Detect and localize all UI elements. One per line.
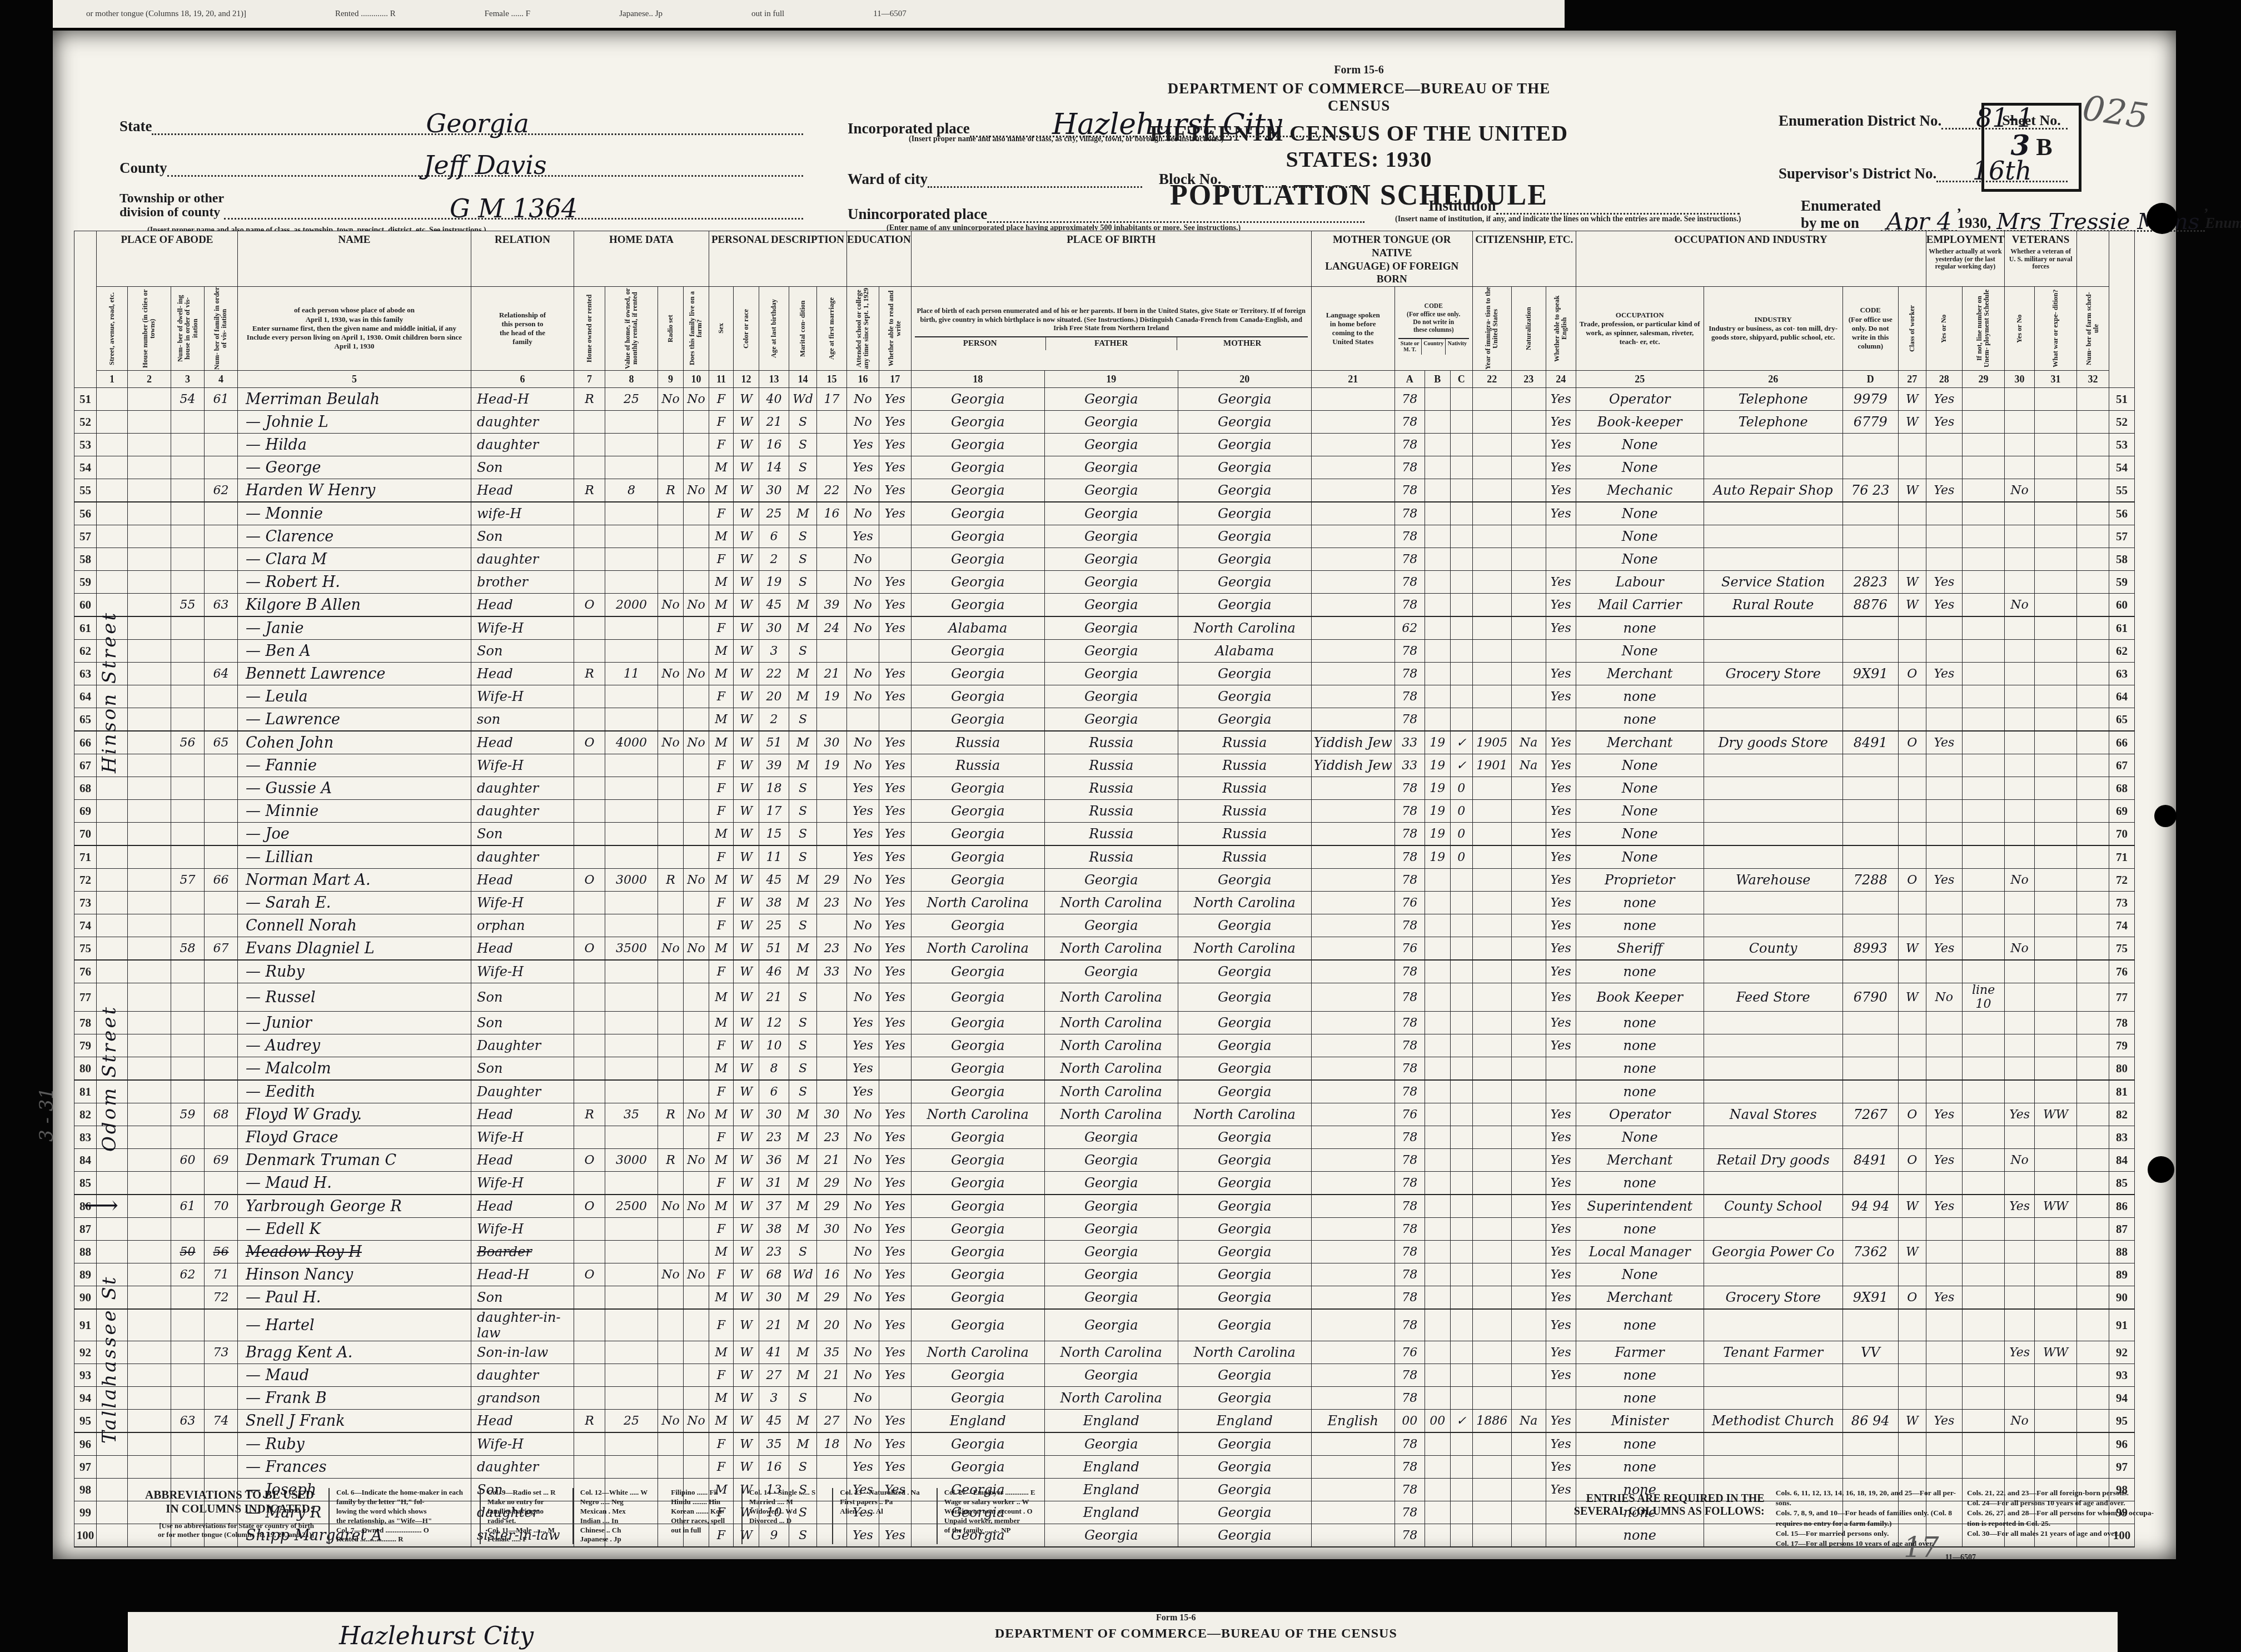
cell-ca: 78 — [1395, 411, 1425, 434]
cell-nm: — George — [238, 456, 471, 479]
column-description-war: What war or expe- dition? — [2035, 287, 2077, 371]
cell-cb — [1425, 869, 1450, 892]
line-number: 65 — [2109, 708, 2135, 732]
cell-bm: England — [1178, 1410, 1311, 1433]
cell-dw — [171, 823, 205, 846]
cell-im — [1472, 548, 1511, 571]
cell-rad — [658, 1456, 684, 1479]
cell-rw: Yes — [879, 800, 911, 823]
cell-frm — [684, 777, 709, 800]
previous-sheet-fragment: 11—6507 — [873, 9, 906, 19]
cell-rad — [658, 914, 684, 937]
cell-un — [1962, 892, 2004, 914]
cell-fs — [2077, 479, 2109, 502]
cell-cb — [1425, 1126, 1450, 1149]
cell-cod — [1842, 1263, 1898, 1286]
cell-ag: 45 — [759, 1410, 789, 1433]
cell-nt — [1511, 1309, 1546, 1341]
cell-im — [1472, 1149, 1511, 1172]
cell-hn — [128, 502, 171, 525]
state-field: State Georgia — [119, 114, 803, 135]
cell-frm — [684, 640, 709, 663]
column-group-header: EDUCATION — [847, 231, 912, 287]
table-row: 515461Merriman BeulahHead-HR25NoNoFW40Wd… — [74, 388, 2135, 411]
cell-bm: North Carolina — [1178, 1103, 1311, 1126]
cell-val — [605, 640, 658, 663]
cell-am: 23 — [817, 892, 847, 914]
cell-vet — [2005, 685, 2035, 708]
cell-rad — [658, 434, 684, 456]
cell-own — [574, 1286, 605, 1310]
cell-un: line 10 — [1962, 983, 2004, 1012]
township-label: Township or other division of county — [119, 192, 224, 220]
cell-dw — [171, 1080, 205, 1103]
cell-cl — [1898, 892, 1926, 914]
cell-lg — [1311, 1432, 1395, 1456]
cell-own — [574, 456, 605, 479]
cell-en: Yes — [1546, 1034, 1576, 1057]
line-number: 95 — [2109, 1410, 2135, 1433]
cell-rel: Son — [471, 1286, 574, 1310]
cell-nt: Na — [1511, 1410, 1546, 1433]
column-number: 2 — [128, 371, 171, 388]
cell-hn — [128, 479, 171, 502]
cell-ms: M — [789, 685, 817, 708]
cell-emp — [1926, 845, 1962, 869]
cell-en: Yes — [1546, 1103, 1576, 1126]
cell-rel: Head — [471, 663, 574, 685]
cell-frm — [684, 434, 709, 456]
cell-cl — [1898, 1080, 1926, 1103]
cell-sx: M — [709, 823, 734, 846]
cell-sc: Yes — [847, 456, 879, 479]
column-number: 28 — [1926, 371, 1962, 388]
cell-cr: W — [734, 1080, 759, 1103]
cell-sx: F — [709, 502, 734, 525]
cell-lg — [1311, 1034, 1395, 1057]
cell-fm — [205, 1057, 238, 1081]
cell-sc: No — [847, 1241, 879, 1263]
cell-en — [1546, 1387, 1576, 1410]
cell-war — [2035, 892, 2077, 914]
cell-rad — [658, 685, 684, 708]
column-group-header: PLACE OF ABODE — [97, 231, 238, 287]
cell-nt: Na — [1511, 754, 1546, 777]
table-row: 65— LawrencesonMW2SGeorgiaGeorgiaGeorgia… — [74, 708, 2135, 732]
cell-bm: North Carolina — [1178, 1341, 1311, 1364]
cell-dw — [171, 1012, 205, 1034]
cell-oc: Operator — [1576, 1103, 1704, 1126]
cell-im — [1472, 525, 1511, 548]
cell-rel: Son-in-law — [471, 1341, 574, 1364]
cell-am — [817, 434, 847, 456]
cell-own: O — [574, 1149, 605, 1172]
cell-ind — [1704, 914, 1842, 937]
cell-war — [2035, 1364, 2077, 1387]
footer-abbreviations: ABBREVIATIONS TO BE USED IN COLUMNS INDI… — [75, 1488, 2154, 1549]
cell-dw — [171, 845, 205, 869]
cell-fs — [2077, 892, 2109, 914]
cell-fm — [205, 1456, 238, 1479]
cell-ca: 78 — [1395, 663, 1425, 685]
cell-emp: Yes — [1926, 1195, 1962, 1218]
cell-nt — [1511, 502, 1546, 525]
abbreviation-column: Col. 12—White ..... W Negro ..... Neg Me… — [572, 1488, 648, 1544]
cell-sc: No — [847, 1103, 879, 1126]
table-row: 68— Gussie AdaughterFW18SYesYesGeorgiaRu… — [74, 777, 2135, 800]
cell-ca: 78 — [1395, 594, 1425, 617]
cell-own: O — [574, 594, 605, 617]
cell-war — [2035, 869, 2077, 892]
cell-fm — [205, 708, 238, 732]
line-number: 79 — [74, 1034, 97, 1057]
cell-ind — [1704, 823, 1842, 846]
cell-nm: Bragg Kent A. — [238, 1341, 471, 1364]
cell-ag: 6 — [759, 525, 789, 548]
cell-cr: W — [734, 1387, 759, 1410]
cell-dw — [171, 663, 205, 685]
cell-cb — [1425, 1286, 1450, 1310]
cell-cb — [1425, 479, 1450, 502]
cell-bf: Georgia — [1044, 708, 1178, 732]
cell-en: Yes — [1546, 1012, 1576, 1034]
cell-val — [605, 892, 658, 914]
cell-frm — [684, 548, 709, 571]
cell-fs — [2077, 411, 2109, 434]
line-number-column-header — [74, 231, 97, 388]
cell-cb — [1425, 1103, 1450, 1126]
cell-bp: Georgia — [911, 1364, 1044, 1387]
cell-bp: Georgia — [911, 1195, 1044, 1218]
cell-sc: No — [847, 1432, 879, 1456]
cell-ca: 78 — [1395, 1080, 1425, 1103]
cell-nm: Merriman Beulah — [238, 388, 471, 411]
line-number: 92 — [74, 1341, 97, 1364]
cell-ca: 78 — [1395, 869, 1425, 892]
cell-cc: ✓ — [1450, 1410, 1472, 1433]
cell-cb — [1425, 434, 1450, 456]
cell-bm: Georgia — [1178, 960, 1311, 983]
cell-emp — [1926, 1057, 1962, 1081]
cell-bp: Georgia — [911, 869, 1044, 892]
cell-lg — [1311, 456, 1395, 479]
cell-am: 18 — [817, 1432, 847, 1456]
cell-rad — [658, 1172, 684, 1195]
column-group-header: HOME DATA — [574, 231, 709, 287]
cell-ca: 78 — [1395, 571, 1425, 594]
corner-pencil-number: 025 — [2080, 87, 2150, 137]
line-number: 95 — [74, 1410, 97, 1433]
cell-cod: 7267 — [1842, 1103, 1898, 1126]
cell-oc: none — [1576, 1309, 1704, 1341]
cell-rw: Yes — [879, 1218, 911, 1241]
cell-bp: Georgia — [911, 1218, 1044, 1241]
cell-ms: M — [789, 1309, 817, 1341]
cell-cl: W — [1898, 571, 1926, 594]
cell-vet — [2005, 434, 2035, 456]
cell-bp: Georgia — [911, 777, 1044, 800]
cell-fs — [2077, 731, 2109, 754]
line-number: 52 — [74, 411, 97, 434]
cell-am — [817, 983, 847, 1012]
cell-un — [1962, 708, 2004, 732]
cell-nt — [1511, 1057, 1546, 1081]
column-description-own: Home owned or rented — [574, 287, 605, 371]
cell-vet — [2005, 960, 2035, 983]
cell-ag: 30 — [759, 479, 789, 502]
cell-bp: Georgia — [911, 845, 1044, 869]
cell-bp: Georgia — [911, 1126, 1044, 1149]
cell-cod — [1842, 1172, 1898, 1195]
census-sheet: Form 15-6 DEPARTMENT OF COMMERCE—BUREAU … — [53, 31, 2176, 1559]
cell-sx: F — [709, 777, 734, 800]
cell-rad — [658, 1218, 684, 1241]
cell-ms: M — [789, 479, 817, 502]
cell-cl — [1898, 548, 1926, 571]
cell-cr: W — [734, 1432, 759, 1456]
cell-cr: W — [734, 1286, 759, 1310]
column-group-header: CITIZENSHIP, ETC. — [1472, 231, 1576, 287]
cell-val — [605, 1080, 658, 1103]
cell-oc: None — [1576, 777, 1704, 800]
sd-label: Supervisor's District No. — [1779, 165, 1936, 182]
cell-val — [605, 685, 658, 708]
cell-cl — [1898, 777, 1926, 800]
cell-frm — [684, 1172, 709, 1195]
cell-vet: No — [2005, 479, 2035, 502]
cell-cr: W — [734, 456, 759, 479]
cell-rel: brother — [471, 571, 574, 594]
cell-am: 19 — [817, 685, 847, 708]
cell-cc: 0 — [1450, 800, 1472, 823]
cell-cb — [1425, 456, 1450, 479]
cell-dw: 56 — [171, 731, 205, 754]
cell-nm: — Maud H. — [238, 1172, 471, 1195]
enumerated-field: Enumerated by me on Apr 4 , 1930, Mrs Tr… — [1801, 197, 2157, 232]
cell-rw: Yes — [879, 1172, 911, 1195]
cell-am: 24 — [817, 616, 847, 640]
cell-sc: No — [847, 1309, 879, 1341]
cell-own — [574, 777, 605, 800]
table-row: 71— LilliandaughterFW11SYesYesGeorgiaRus… — [74, 845, 2135, 869]
cell-ind — [1704, 1057, 1842, 1081]
cell-bp: Georgia — [911, 479, 1044, 502]
cell-fm: 73 — [205, 1341, 238, 1364]
cell-war — [2035, 1057, 2077, 1081]
cell-dw — [171, 1456, 205, 1479]
cell-sc: No — [847, 571, 879, 594]
cell-rel: daughter — [471, 411, 574, 434]
cell-bm: Russia — [1178, 731, 1311, 754]
cell-en: Yes — [1546, 1364, 1576, 1387]
cell-cb: 19 — [1425, 800, 1450, 823]
cell-cb — [1425, 548, 1450, 571]
cell-vet — [2005, 502, 2035, 525]
cell-rel: Wife-H — [471, 1432, 574, 1456]
cell-cr: W — [734, 960, 759, 983]
cell-rad — [658, 1341, 684, 1364]
cell-val: 3500 — [605, 937, 658, 961]
cell-lg — [1311, 1309, 1395, 1341]
cell-frm: No — [684, 1263, 709, 1286]
cell-val — [605, 1263, 658, 1286]
cell-sc: Yes — [847, 1057, 879, 1081]
cell-own — [574, 1309, 605, 1341]
cell-cod — [1842, 914, 1898, 937]
table-row: 69— MinniedaughterFW17SYesYesGeorgiaRuss… — [74, 800, 2135, 823]
cell-cl — [1898, 914, 1926, 937]
cell-sc: No — [847, 1364, 879, 1387]
line-number: 58 — [74, 548, 97, 571]
column-description-cod: CODE (For office use only. Do not write … — [1842, 287, 1898, 371]
cell-cl — [1898, 434, 1926, 456]
previous-sheet-fragment: Japanese.. Jp — [619, 9, 663, 19]
cell-cr: W — [734, 525, 759, 548]
cell-emp — [1926, 1080, 1962, 1103]
cell-sx: F — [709, 960, 734, 983]
column-number: 20 — [1178, 371, 1311, 388]
cell-cod: 8993 — [1842, 937, 1898, 961]
cell-fs — [2077, 663, 2109, 685]
cell-am — [817, 1012, 847, 1034]
cell-ms: M — [789, 960, 817, 983]
cell-dw — [171, 1172, 205, 1195]
table-row: 956374Snell J FrankHeadR25NoNoMW45M27NoY… — [74, 1410, 2135, 1433]
cell-lg — [1311, 502, 1395, 525]
cell-own: R — [574, 388, 605, 411]
cell-en: Yes — [1546, 1149, 1576, 1172]
cell-cod — [1842, 685, 1898, 708]
cell-rel: Wife-H — [471, 960, 574, 983]
cell-nt — [1511, 1080, 1546, 1103]
cell-war — [2035, 1263, 2077, 1286]
cell-vet: No — [2005, 1149, 2035, 1172]
cell-am — [817, 1387, 847, 1410]
cell-rw: Yes — [879, 754, 911, 777]
cell-im — [1472, 800, 1511, 823]
cell-nm: — Malcolm — [238, 1057, 471, 1081]
cell-rad — [658, 1286, 684, 1310]
cell-bp: North Carolina — [911, 1341, 1044, 1364]
cell-ca: 78 — [1395, 1195, 1425, 1218]
cell-ca: 78 — [1395, 1387, 1425, 1410]
cell-im — [1472, 869, 1511, 892]
cell-am: 39 — [817, 594, 847, 617]
cell-war — [2035, 616, 2077, 640]
cell-emp — [1926, 525, 1962, 548]
column-number: 22 — [1472, 371, 1511, 388]
cell-rw: Yes — [879, 1103, 911, 1126]
cell-fm — [205, 1172, 238, 1195]
cell-own — [574, 754, 605, 777]
township-value: G M 1364 — [444, 199, 583, 218]
column-description-nm: of each person whose place of abode on A… — [238, 287, 471, 371]
cell-lg — [1311, 1149, 1395, 1172]
cell-sc: No — [847, 1195, 879, 1218]
column-description-val: Value of home, if owned, or monthly rent… — [605, 287, 658, 371]
cell-cb — [1425, 640, 1450, 663]
cell-bp: Georgia — [911, 548, 1044, 571]
cell-frm: No — [684, 663, 709, 685]
line-number: 61 — [2109, 616, 2135, 640]
cell-un — [1962, 1080, 2004, 1103]
cell-cc — [1450, 1432, 1472, 1456]
cell-rad: No — [658, 731, 684, 754]
cell-sc: No — [847, 685, 879, 708]
cell-ms: Wd — [789, 1263, 817, 1286]
cell-vet — [2005, 1057, 2035, 1081]
cell-bm: Alabama — [1178, 640, 1311, 663]
cell-bm: Georgia — [1178, 1286, 1311, 1310]
cell-dw — [171, 502, 205, 525]
cell-en — [1546, 525, 1576, 548]
column-number: 30 — [2005, 371, 2035, 388]
cell-rw — [879, 1057, 911, 1081]
cell-sc: Yes — [847, 1034, 879, 1057]
cell-en: Yes — [1546, 1410, 1576, 1433]
cell-nm: — Audrey — [238, 1034, 471, 1057]
cell-un — [1962, 1456, 2004, 1479]
cell-fm — [205, 640, 238, 663]
column-description-cr: Color or race — [734, 287, 759, 371]
cell-bm: North Carolina — [1178, 616, 1311, 640]
cell-am — [817, 548, 847, 571]
cell-ind — [1704, 1172, 1842, 1195]
cell-dw — [171, 616, 205, 640]
cell-im — [1472, 1080, 1511, 1103]
cell-dw — [171, 1126, 205, 1149]
cell-fs — [2077, 1263, 2109, 1286]
cell-sx: M — [709, 571, 734, 594]
cell-cb: 19 — [1425, 823, 1450, 846]
cell-bm: Georgia — [1178, 388, 1311, 411]
table-row: 9072— Paul H.SonMW30M29NoYesGeorgiaGeorg… — [74, 1286, 2135, 1310]
line-number: 60 — [74, 594, 97, 617]
cell-am: 20 — [817, 1309, 847, 1341]
cell-oc: Book-keeper — [1576, 411, 1704, 434]
cell-rad — [658, 616, 684, 640]
cell-ms: S — [789, 411, 817, 434]
cell-emp: Yes — [1926, 1410, 1962, 1433]
cell-im — [1472, 1341, 1511, 1364]
cell-cod: 8491 — [1842, 731, 1898, 754]
cell-val — [605, 823, 658, 846]
cell-own — [574, 1456, 605, 1479]
cell-nm: Cohen John — [238, 731, 471, 754]
cell-rad: No — [658, 1410, 684, 1433]
cell-war — [2035, 1149, 2077, 1172]
cell-emp — [1926, 1012, 1962, 1034]
cell-cc — [1450, 1341, 1472, 1364]
cell-bm: Georgia — [1178, 869, 1311, 892]
cell-cr: W — [734, 434, 759, 456]
cell-own — [574, 708, 605, 732]
cell-ind — [1704, 960, 1842, 983]
cell-nm: Denmark Truman C — [238, 1149, 471, 1172]
cell-war — [2035, 731, 2077, 754]
cell-own — [574, 1057, 605, 1081]
abbreviation-column: Col. 9—Radio set ... R Make no entry for… — [480, 1488, 556, 1544]
line-number: 90 — [2109, 1286, 2135, 1310]
column-description-nt: Naturalization — [1511, 287, 1546, 371]
table-row: 5562Harden W HenryHeadR8RNoMW30M22NoYesG… — [74, 479, 2135, 502]
cell-ind — [1704, 1080, 1842, 1103]
cell-cc — [1450, 388, 1472, 411]
cell-emp — [1926, 1263, 1962, 1286]
cell-fs — [2077, 1387, 2109, 1410]
cell-bm: Georgia — [1178, 1309, 1311, 1341]
cell-ms: M — [789, 594, 817, 617]
